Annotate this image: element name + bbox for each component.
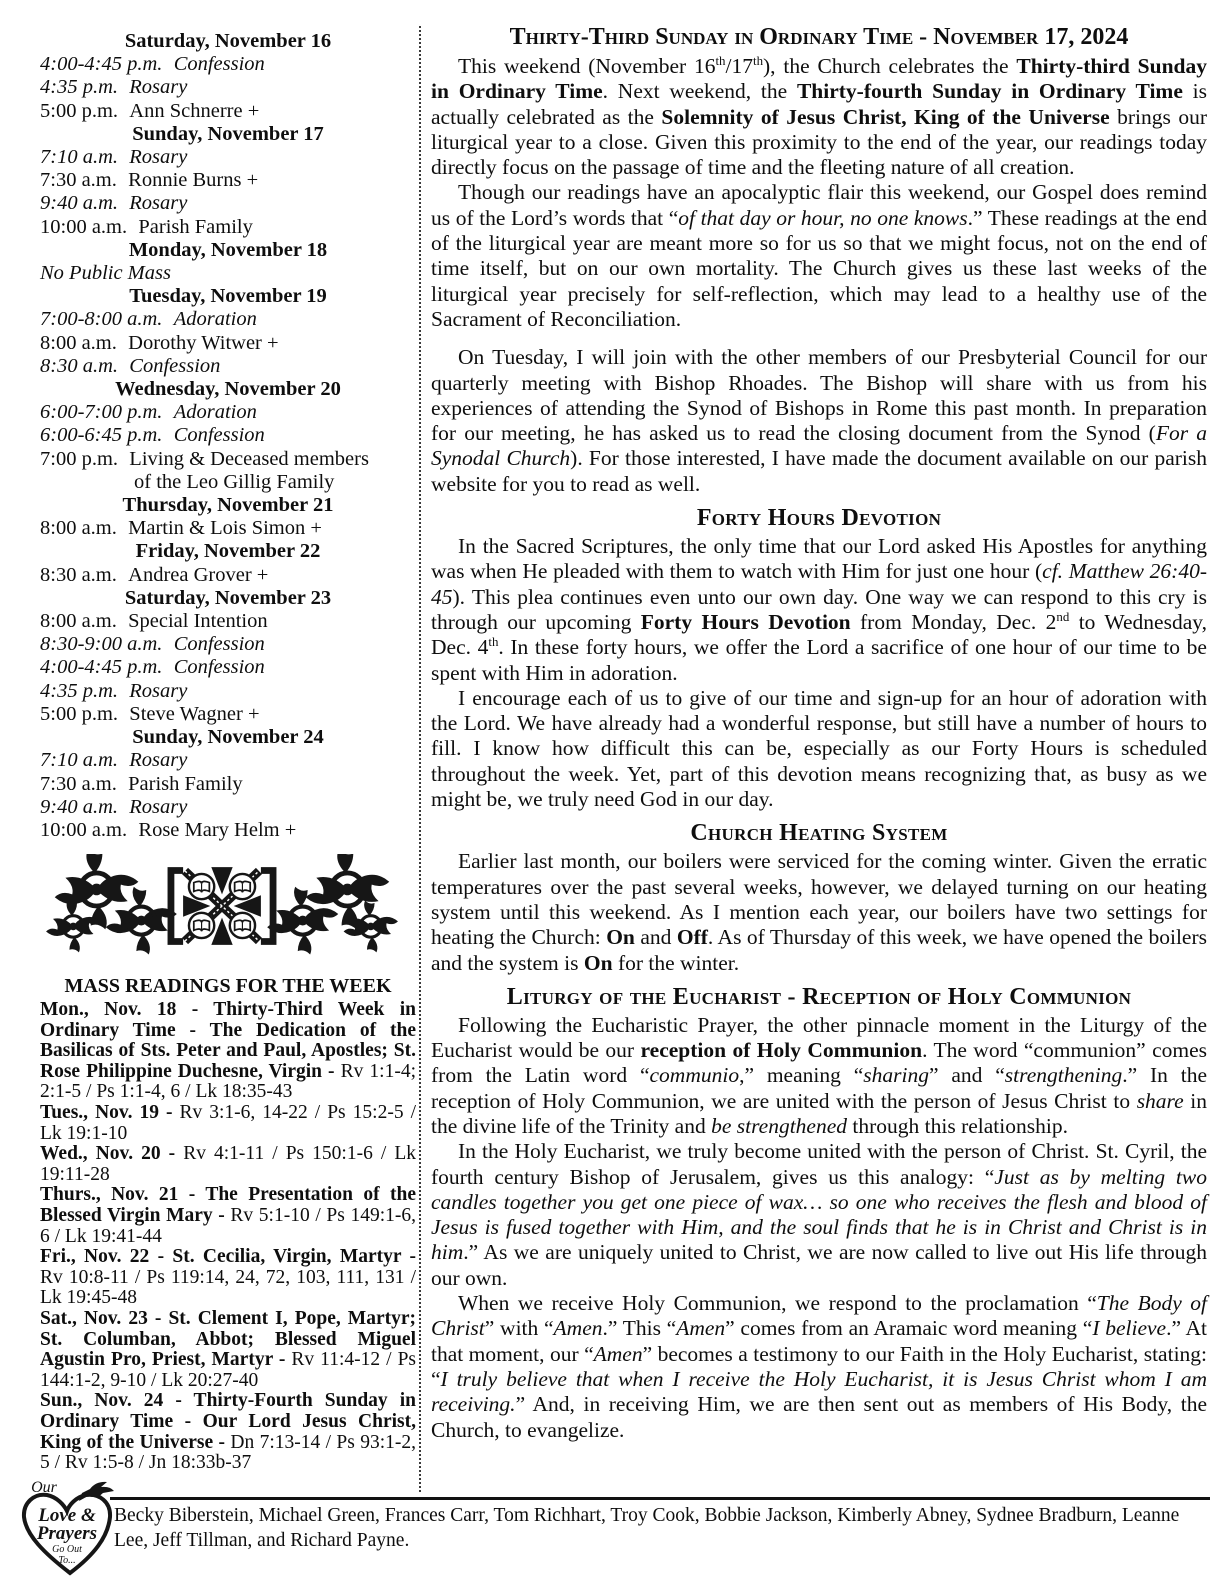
- schedule-desc: Andrea Grover +: [128, 564, 268, 586]
- schedule-line: 7:10 a.m.Rosary: [40, 749, 416, 772]
- schedule-line: 8:30 a.m.Andrea Grover +: [40, 564, 416, 587]
- schedule-desc: Steve Wagner +: [129, 703, 259, 725]
- reading-item: Sat., Nov. 23 - St. Clement I, Pope, Mar…: [40, 1309, 416, 1391]
- article-block: In the Holy Eucharist, we truly become u…: [431, 1139, 1207, 1291]
- bulletin-page: Saturday, November 16 4:00-4:45 p.m.Conf…: [0, 0, 1224, 1584]
- schedule-line: Saturday, November 23: [40, 587, 416, 610]
- schedule-line: 6:00-7:00 p.m.Adoration: [40, 401, 416, 424]
- schedule-line: 10:00 a.m.Parish Family: [40, 216, 416, 239]
- schedule-desc: Adoration: [174, 401, 257, 423]
- schedule-desc: Wednesday, November 20: [115, 378, 341, 400]
- schedule-time: 7:00-8:00 a.m.: [40, 308, 162, 330]
- dove-icon: [79, 1482, 114, 1501]
- schedule-line: 4:35 p.m.Rosary: [40, 680, 416, 703]
- schedule-desc: Rose Mary Helm +: [138, 819, 296, 841]
- schedule-desc: Rosary: [129, 680, 187, 702]
- schedule-desc: Special Intention: [128, 610, 267, 632]
- schedule-line: 5:00 p.m.Ann Schnerre +: [40, 100, 416, 123]
- article-heading-text: Thirty-Third Sunday in Ordinary Time - N…: [510, 24, 1129, 50]
- schedule-time: 7:30 a.m.: [40, 169, 117, 191]
- schedule-line: 4:00-4:45 p.m.Confession: [40, 656, 416, 679]
- schedule-line: 6:00-6:45 p.m.Confession: [40, 424, 416, 447]
- article-block: Earlier last month, our boilers were ser…: [431, 849, 1207, 975]
- schedule-desc: Martin & Lois Simon +: [128, 517, 322, 539]
- article-block: Forty Hours Devotion: [431, 505, 1207, 531]
- right-column: Thirty-Third Sunday in Ordinary Time - N…: [431, 24, 1207, 1443]
- article-paragraph-text: On Tuesday, I will join with the other m…: [431, 345, 1207, 495]
- schedule-desc: Confession: [174, 633, 265, 655]
- reading-day-label: Fri., Nov. 22 - St. Cecilia, Virgin, Mar…: [40, 1246, 416, 1267]
- schedule-time: 4:35 p.m.: [40, 76, 118, 98]
- schedule-desc: Saturday, November 16: [125, 30, 331, 52]
- prayer-list-names: Becky Biberstein, Michael Green, Frances…: [114, 1503, 1210, 1553]
- schedule-line: 8:30-9:00 a.m.Confession: [40, 633, 416, 656]
- schedule-line: 7:00-8:00 a.m.Adoration: [40, 308, 416, 331]
- schedule-time: 10:00 a.m.: [40, 819, 127, 841]
- schedule-desc: Rosary: [129, 749, 187, 771]
- schedule-desc: Confession: [174, 53, 265, 75]
- schedule-line: Monday, November 18: [40, 239, 416, 262]
- schedule-desc: Confession: [174, 656, 265, 678]
- schedule-line: 8:30 a.m.Confession: [40, 355, 416, 378]
- reading-item: Sun., Nov. 24 - Thirty-Fourth Sunday in …: [40, 1391, 416, 1473]
- schedule-line: No Public Mass: [40, 262, 416, 285]
- article-paragraph-text: Earlier last month, our boilers were ser…: [431, 849, 1207, 974]
- schedule-time: 5:00 p.m.: [40, 100, 118, 122]
- schedule-desc: Monday, November 18: [129, 239, 327, 261]
- our-love-and-prayers-logo-icon: Our Love & Prayers Go Out To...: [14, 1477, 126, 1583]
- schedule-line: 5:00 p.m.Steve Wagner +: [40, 703, 416, 726]
- article-block: In the Sacred Scriptures, the only time …: [431, 534, 1207, 686]
- reading-item: Mon., Nov. 18 - Thirty-Third Week in Ord…: [40, 1000, 416, 1103]
- article-block: Church Heating System: [431, 820, 1207, 846]
- schedule-time: 8:00 a.m.: [40, 332, 117, 354]
- article-block: I encourage each of us to give of our ti…: [431, 686, 1207, 812]
- schedule-desc: Tuesday, November 19: [129, 285, 327, 307]
- schedule-time: 4:00-4:45 p.m.: [40, 656, 162, 678]
- schedule-time: 7:00 p.m.: [40, 448, 118, 470]
- schedule-line: Saturday, November 16: [40, 30, 416, 53]
- schedule-time: 7:10 a.m.: [40, 146, 118, 168]
- article-heading-text: Forty Hours Devotion: [697, 505, 941, 531]
- schedule-line: 8:00 a.m.Dorothy Witwer +: [40, 332, 416, 355]
- schedule-desc: Rosary: [129, 796, 187, 818]
- schedule-time: 9:40 a.m.: [40, 192, 118, 214]
- logo-word-go-out: Go Out: [52, 1544, 82, 1555]
- reading-item: Thurs., Nov. 21 - The Presentation of th…: [40, 1185, 416, 1247]
- schedule-time: 8:30 a.m.: [40, 355, 118, 377]
- schedule-line: 10:00 a.m.Rose Mary Helm +: [40, 819, 416, 842]
- schedule-desc: Confession: [129, 355, 220, 377]
- mass-readings-title: MASS READINGS FOR THE WEEK: [40, 975, 416, 998]
- floral-cross-ornament-icon: [46, 854, 398, 958]
- article-heading-text: Liturgy of the Eucharist - Reception of …: [507, 984, 1131, 1010]
- schedule-desc: No Public Mass: [40, 262, 171, 284]
- schedule-desc: Rosary: [129, 76, 187, 98]
- schedule-line: 4:35 p.m.Rosary: [40, 76, 416, 99]
- logo-word-our: Our: [31, 1479, 58, 1496]
- schedule-line: Wednesday, November 20: [40, 378, 416, 401]
- article-block: Liturgy of the Eucharist - Reception of …: [431, 984, 1207, 1010]
- schedule-time: 8:00 a.m.: [40, 517, 117, 539]
- article-paragraph-text: I encourage each of us to give of our ti…: [431, 686, 1207, 811]
- schedule-time: 10:00 a.m.: [40, 216, 127, 238]
- reading-day-label: Tues., Nov. 19 -: [40, 1102, 179, 1123]
- schedule-line: 9:40 a.m.Rosary: [40, 796, 416, 819]
- schedule-time: 9:40 a.m.: [40, 796, 118, 818]
- schedule-line: 9:40 a.m.Rosary: [40, 192, 416, 215]
- schedule-time: 7:30 a.m.: [40, 773, 117, 795]
- schedule-time: 8:30 a.m.: [40, 564, 117, 586]
- article-paragraph-text: In the Sacred Scriptures, the only time …: [431, 534, 1207, 684]
- schedule-desc: Friday, November 22: [136, 540, 321, 562]
- logo-word-prayers: Prayers: [36, 1523, 97, 1544]
- article-paragraph-text: When we receive Holy Communion, we respo…: [431, 1291, 1207, 1441]
- article-paragraph-text: This weekend (November 16th/17th), the C…: [431, 54, 1207, 179]
- schedule-time: 5:00 p.m.: [40, 703, 118, 725]
- schedule-desc: of the Leo Gillig Family: [134, 471, 334, 493]
- logo-word-to: To...: [58, 1555, 75, 1566]
- schedule-desc: Parish Family: [138, 216, 252, 238]
- article-paragraph-text: Following the Eucharistic Prayer, the ot…: [431, 1013, 1207, 1138]
- schedule-line: Friday, November 22: [40, 540, 416, 563]
- reading-item: Wed., Nov. 20 - Rv 4:1-11 / Ps 150:1-6 /…: [40, 1144, 416, 1185]
- schedule-desc: Adoration: [174, 308, 257, 330]
- schedule-desc: Sunday, November 17: [132, 123, 324, 145]
- schedule-line: 8:00 a.m.Martin & Lois Simon +: [40, 517, 416, 540]
- schedule-time: 8:30-9:00 a.m.: [40, 633, 162, 655]
- schedule-time: 7:10 a.m.: [40, 749, 118, 771]
- left-column: Saturday, November 16 4:00-4:45 p.m.Conf…: [40, 30, 416, 1474]
- schedule-desc: Living & Deceased members: [129, 448, 369, 470]
- schedule-time: 4:35 p.m.: [40, 680, 118, 702]
- schedule-line: Thursday, November 21: [40, 494, 416, 517]
- article-block: Following the Eucharistic Prayer, the ot…: [431, 1013, 1207, 1139]
- mass-readings: MASS READINGS FOR THE WEEK Mon., Nov. 18…: [40, 975, 416, 1474]
- mass-schedule: Saturday, November 16 4:00-4:45 p.m.Conf…: [40, 30, 416, 842]
- schedule-line: 7:30 a.m.Parish Family: [40, 773, 416, 796]
- schedule-time: 6:00-7:00 p.m.: [40, 401, 162, 423]
- article-block: When we receive Holy Communion, we respo…: [431, 1291, 1207, 1443]
- schedule-line: 7:30 a.m.Ronnie Burns +: [40, 169, 416, 192]
- schedule-desc: Ann Schnerre +: [129, 100, 259, 122]
- article-block: Though our readings have an apocalyptic …: [431, 180, 1207, 332]
- schedule-time: 4:00-4:45 p.m.: [40, 53, 162, 75]
- schedule-desc: Thursday, November 21: [123, 494, 334, 516]
- schedule-desc: Rosary: [129, 146, 187, 168]
- article-paragraph-text: Though our readings have an apocalyptic …: [431, 180, 1207, 330]
- column-divider: [419, 26, 421, 1492]
- footer-rule: [110, 1497, 1210, 1500]
- schedule-desc: Sunday, November 24: [132, 726, 324, 748]
- article-block: Thirty-Third Sunday in Ordinary Time - N…: [431, 24, 1207, 51]
- schedule-line: Sunday, November 17: [40, 123, 416, 146]
- schedule-line: 7:10 a.m.Rosary: [40, 146, 416, 169]
- reading-day-label: Wed., Nov. 20 -: [40, 1143, 183, 1164]
- schedule-line: 4:00-4:45 p.m.Confession: [40, 53, 416, 76]
- article-block: On Tuesday, I will join with the other m…: [431, 345, 1207, 497]
- schedule-desc: Dorothy Witwer +: [128, 332, 278, 354]
- schedule-time: 8:00 a.m.: [40, 610, 117, 632]
- article-block: This weekend (November 16th/17th), the C…: [431, 54, 1207, 180]
- schedule-line: Tuesday, November 19: [40, 285, 416, 308]
- article-heading-text: Church Heating System: [690, 820, 947, 846]
- schedule-line: 8:00 a.m.Special Intention: [40, 610, 416, 633]
- reading-item: Tues., Nov. 19 - Rv 3:1-6, 14-22 / Ps 15…: [40, 1103, 416, 1144]
- schedule-line: Sunday, November 24: [40, 726, 416, 749]
- schedule-time: 6:00-6:45 p.m.: [40, 424, 162, 446]
- reading-references: Rv 10:8-11 / Ps 119:14, 24, 72, 103, 111…: [40, 1267, 416, 1309]
- reading-item: Fri., Nov. 22 - St. Cecilia, Virgin, Mar…: [40, 1247, 416, 1309]
- schedule-desc: Parish Family: [128, 773, 242, 795]
- schedule-desc: Ronnie Burns +: [128, 169, 258, 191]
- schedule-desc: Rosary: [129, 192, 187, 214]
- schedule-desc: Confession: [174, 424, 265, 446]
- schedule-desc: Saturday, November 23: [125, 587, 331, 609]
- schedule-line: 7:00 p.m.Living & Deceased members: [40, 448, 416, 471]
- article-paragraph-text: In the Holy Eucharist, we truly become u…: [431, 1139, 1207, 1289]
- schedule-line: of the Leo Gillig Family: [40, 471, 416, 494]
